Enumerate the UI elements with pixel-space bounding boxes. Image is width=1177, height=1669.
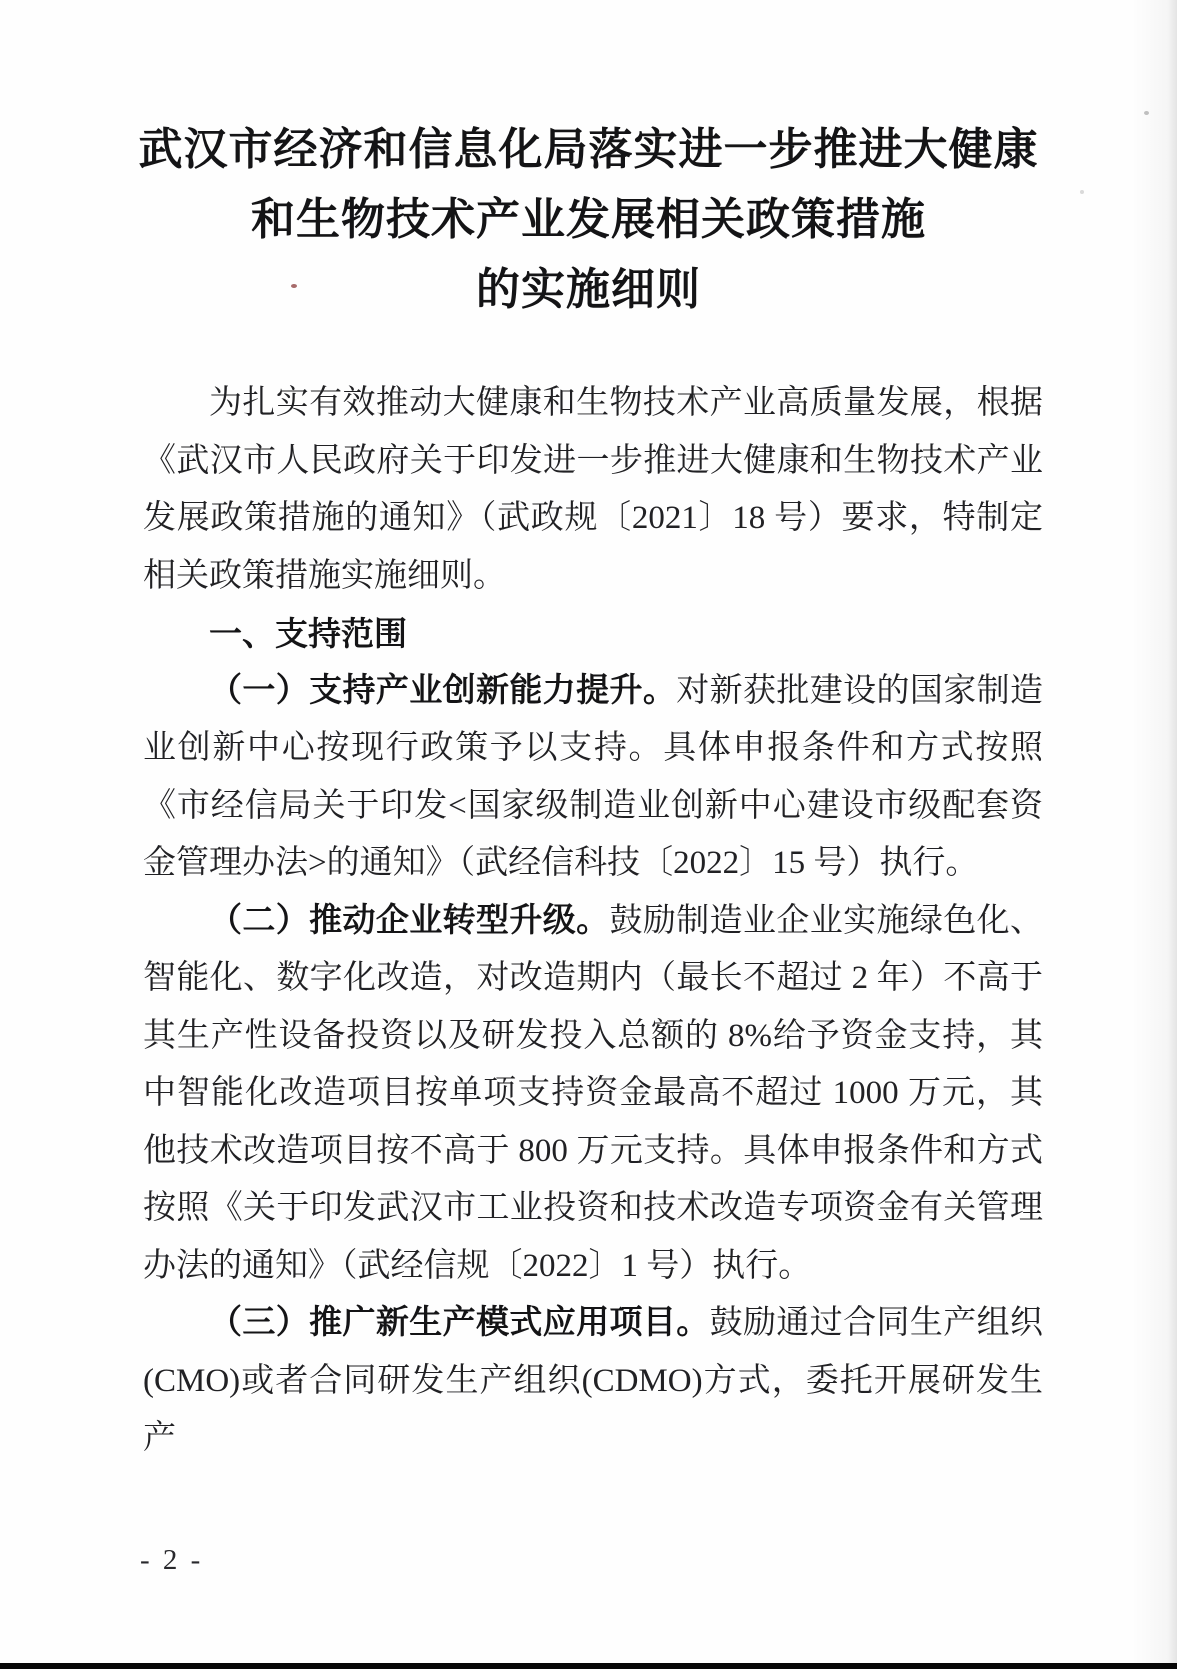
section-heading: 一、支持范围	[143, 605, 1043, 663]
scanned-document-page: 武汉市经济和信息化局落实进一步推进大健康 和生物技术产业发展相关政策措施 的实施…	[0, 0, 1177, 1669]
paragraph-lead: （三）推广新生产模式应用项目。	[209, 1305, 710, 1341]
document-body: 为扎实有效推动大健康和生物技术产业高质量发展，根据《武汉市人民政府关于印发进一步…	[143, 375, 1043, 1468]
paragraph: （一）支持产业创新能力提升。对新获批建设的国家制造业创新中心按现行政策予以支持。…	[143, 663, 1043, 893]
paragraph-lead: （二）推动企业转型升级。	[209, 903, 610, 939]
document-title-line-3: 的实施细则	[0, 255, 1177, 325]
document-title-line-2: 和生物技术产业发展相关政策措施	[0, 185, 1177, 255]
document-title: 武汉市经济和信息化局落实进一步推进大健康 和生物技术产业发展相关政策措施 的实施…	[0, 115, 1177, 325]
paragraph: （三）推广新生产模式应用项目。鼓励通过合同生产组织(CMO)或者合同研发生产组织…	[143, 1295, 1043, 1468]
scan-edge-strip	[0, 1663, 1177, 1669]
page-number: - 2 -	[140, 1544, 203, 1577]
document-title-line-1: 武汉市经济和信息化局落实进一步推进大健康	[0, 115, 1177, 185]
paragraph: 为扎实有效推动大健康和生物技术产业高质量发展，根据《武汉市人民政府关于印发进一步…	[143, 375, 1043, 605]
paragraph: （二）推动企业转型升级。鼓励制造业企业实施绿色化、智能化、数字化改造，对改造期内…	[143, 893, 1043, 1296]
paragraph-lead: （一）支持产业创新能力提升。	[209, 673, 676, 709]
